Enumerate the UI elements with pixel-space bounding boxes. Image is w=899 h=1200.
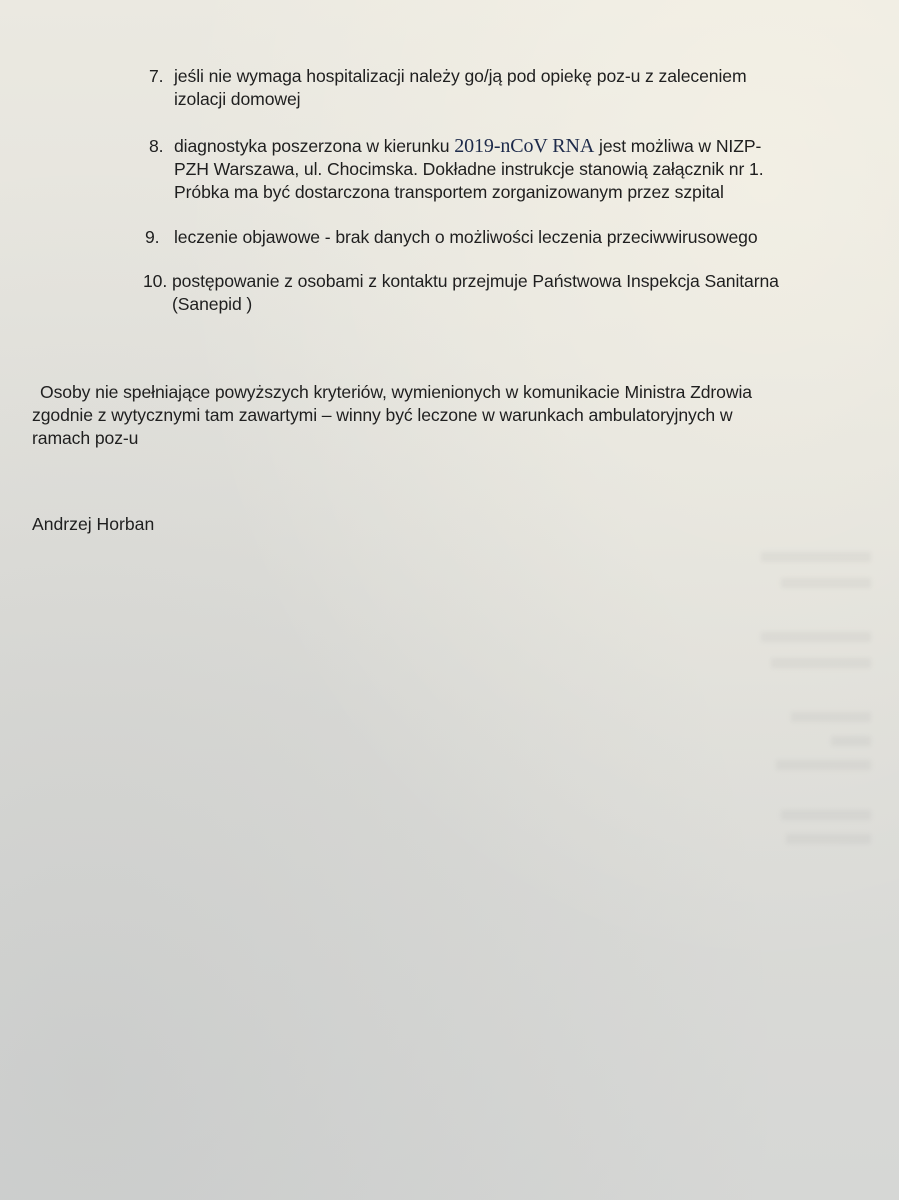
paragraph-line: zgodnie z wytycznymi tam zawartymi – win… bbox=[32, 404, 872, 427]
list-number: 8. bbox=[149, 135, 163, 158]
list-item-7: 7. jeśli nie wymaga hospitalizacji należ… bbox=[149, 65, 869, 111]
bleed-through-mark bbox=[776, 760, 871, 770]
list-item-text-line: Próbka ma być dostarczona transportem zo… bbox=[174, 181, 869, 204]
paragraph-line: ramach poz-u bbox=[32, 427, 872, 450]
bleed-through-mark bbox=[781, 578, 871, 588]
list-number: 9. bbox=[145, 226, 159, 249]
closing-paragraph: Osoby nie spełniające powyższych kryteri… bbox=[32, 381, 872, 450]
bleed-through-mark bbox=[786, 834, 871, 844]
list-item-text-line: jeśli nie wymaga hospitalizacji należy g… bbox=[174, 65, 869, 88]
list-item-8: 8. diagnostyka poszerzona w kierunku 201… bbox=[149, 135, 869, 204]
list-item-10: 10. postępowanie z osobami z kontaktu pr… bbox=[143, 270, 883, 316]
paragraph-line: Osoby nie spełniające powyższych kryteri… bbox=[32, 381, 872, 404]
list-item-9: 9. leczenie objawowe - brak danych o moż… bbox=[145, 226, 875, 249]
list-item-text-line: PZH Warszawa, ul. Chocimska. Dokładne in… bbox=[174, 158, 869, 181]
bleed-through-mark bbox=[831, 736, 871, 746]
list-item-text-line: postępowanie z osobami z kontaktu przejm… bbox=[172, 270, 883, 293]
list-number: 7. bbox=[149, 65, 163, 88]
bleed-through-mark bbox=[761, 632, 871, 642]
text-segment: jest możliwa w NIZP- bbox=[594, 136, 761, 156]
bleed-through-mark bbox=[761, 552, 871, 562]
list-item-text-line: leczenie objawowe - brak danych o możliw… bbox=[174, 226, 875, 249]
bleed-through-mark bbox=[781, 810, 871, 820]
bleed-through-mark bbox=[791, 712, 871, 722]
list-item-text-line: izolacji domowej bbox=[174, 88, 869, 111]
virus-code-text: 2019-nCoV RNA bbox=[454, 135, 594, 157]
list-item-text-line: (Sanepid ) bbox=[172, 293, 883, 316]
list-number: 10. bbox=[143, 270, 167, 293]
text-segment: diagnostyka poszerzona w kierunku bbox=[174, 136, 454, 156]
bleed-through-mark bbox=[771, 658, 871, 668]
list-item-text-line: diagnostyka poszerzona w kierunku 2019-n… bbox=[174, 135, 869, 158]
signature-name: Andrzej Horban bbox=[32, 513, 154, 536]
